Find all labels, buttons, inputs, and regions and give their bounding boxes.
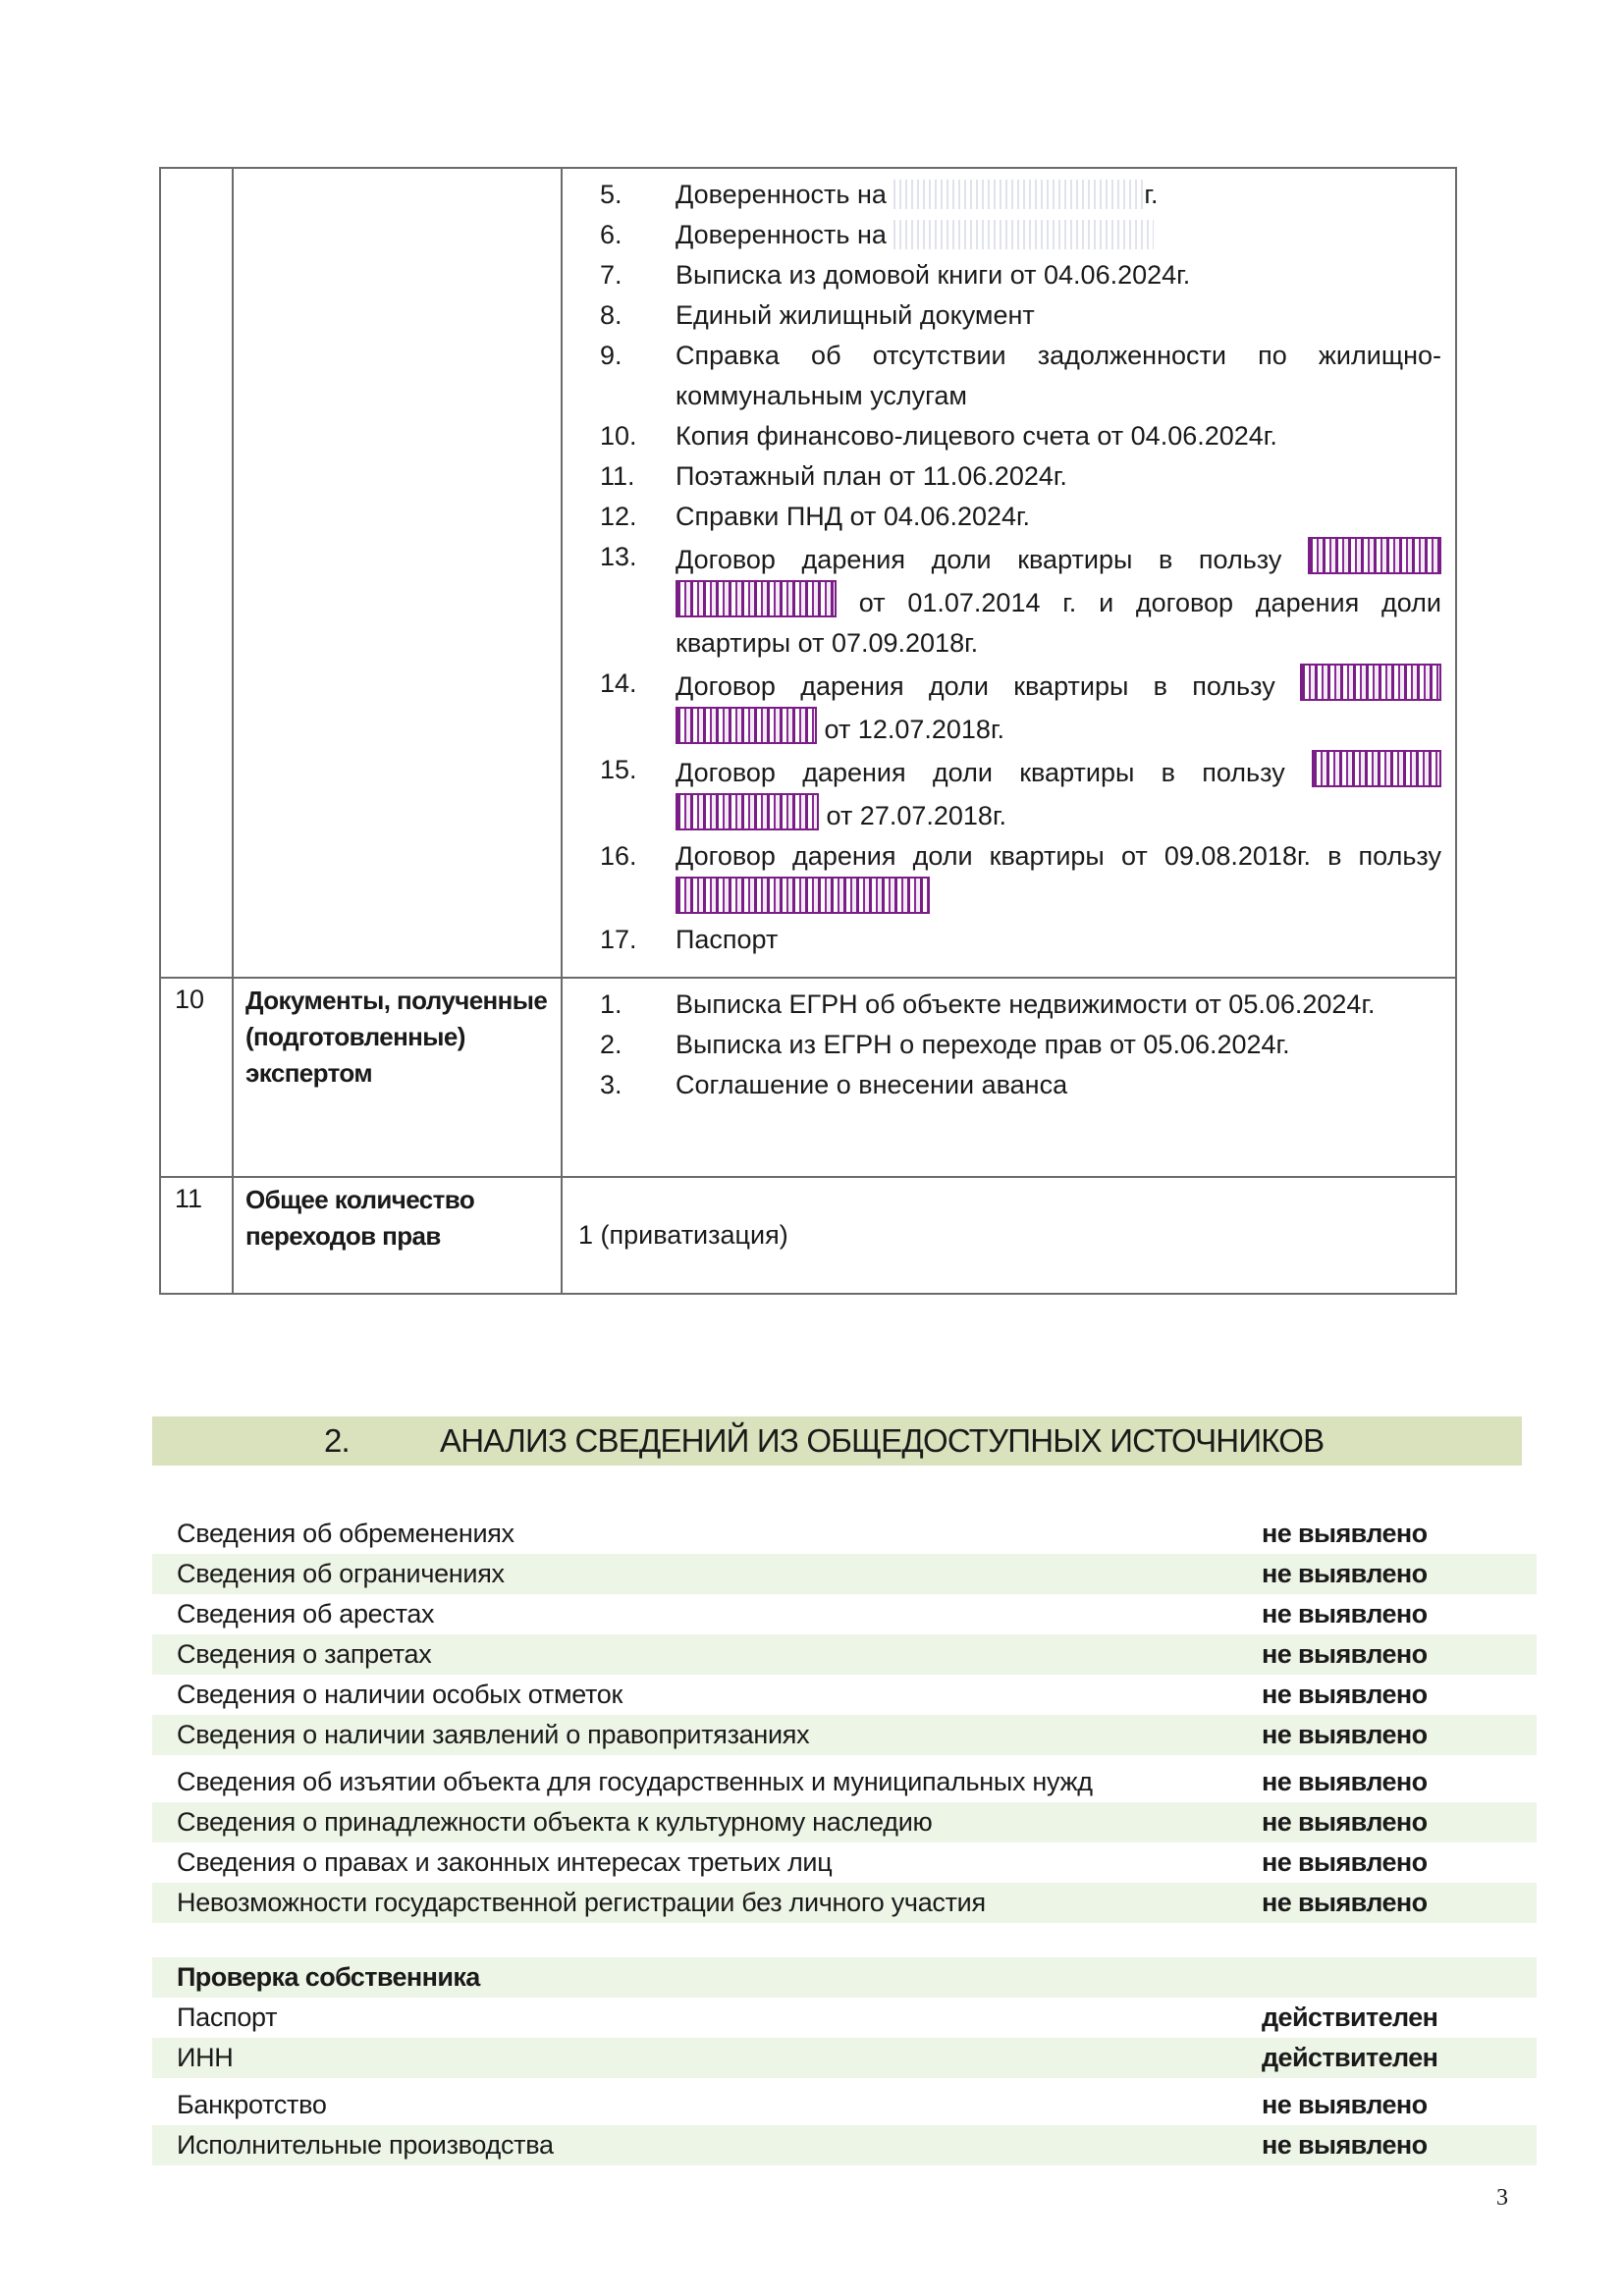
redaction-mark xyxy=(676,580,837,617)
check-status: не выявлено xyxy=(1262,1514,1428,1554)
redaction-mark xyxy=(893,180,1144,209)
check-status: не выявлено xyxy=(1262,1634,1428,1675)
documents-table: 5.Доверенность на г. 6.Доверенность на 7… xyxy=(159,167,1457,1295)
owner-check-list: Проверка собственника Паспортдействителе… xyxy=(152,1957,1537,2165)
redaction-mark xyxy=(1300,664,1441,701)
item-text: Соглашение о внесении аванса xyxy=(676,1070,1067,1099)
item-text: Договор дарения доли квартиры в пользу xyxy=(676,545,1281,574)
check-status: не выявлено xyxy=(1262,1883,1428,1923)
page-number: 3 xyxy=(1496,2185,1508,2212)
item-text: Выписка из домовой книги от 04.06.2024г. xyxy=(676,260,1190,290)
section-header: 2. АНАЛИЗ СВЕДЕНИЙ ИЗ ОБЩЕДОСТУПНЫХ ИСТО… xyxy=(152,1416,1522,1466)
check-row: Невозможности государственной регистраци… xyxy=(152,1883,1537,1923)
check-row: Сведения о наличии особых отметокне выяв… xyxy=(152,1675,1537,1715)
item-text: Договор дарения доли квартиры от 09.08.2… xyxy=(676,841,1441,871)
check-status: не выявлено xyxy=(1262,1842,1428,1883)
item-text-suffix: г. xyxy=(1144,180,1158,209)
item-text: Договор дарения доли квартиры в пользу xyxy=(676,671,1275,701)
rights-transfers-value: 1 (приватизация) xyxy=(563,1178,1455,1251)
item-number: 8. xyxy=(600,295,622,336)
check-status: не выявлено xyxy=(1262,1715,1428,1755)
item-number: 10. xyxy=(600,416,637,456)
check-status: действителен xyxy=(1262,1998,1437,2038)
item-text: Доверенность на xyxy=(676,180,893,209)
item-number: 16. xyxy=(600,836,637,877)
item-number: 12. xyxy=(600,497,637,537)
check-status: не выявлено xyxy=(1262,1594,1428,1634)
check-label: Сведения об арестах xyxy=(177,1594,434,1634)
row-label-cell xyxy=(233,168,562,978)
check-label: Сведения о принадлежности объекта к куль… xyxy=(177,1802,932,1842)
row-content-cell: 1 (приватизация) xyxy=(562,1177,1456,1294)
list-item: 12.Справки ПНД от 04.06.2024г. xyxy=(563,497,1441,537)
item-text: Доверенность на xyxy=(676,220,893,249)
check-row: Сведения о правах и законных интересах т… xyxy=(152,1842,1537,1883)
redaction-mark xyxy=(676,707,817,744)
check-status: не выявлено xyxy=(1262,1802,1428,1842)
provided-documents-list: 5.Доверенность на г. 6.Доверенность на 7… xyxy=(563,169,1455,960)
check-label: Банкротство xyxy=(177,2085,327,2125)
redaction-mark xyxy=(1308,537,1441,574)
item-number: 7. xyxy=(600,255,622,295)
check-row: ИННдействителен xyxy=(152,2038,1537,2078)
check-row: Сведения о запретахне выявлено xyxy=(152,1634,1537,1675)
item-number: 5. xyxy=(600,175,622,215)
item-number: 14. xyxy=(600,664,637,704)
list-item: 3.Соглашение о внесении аванса xyxy=(563,1065,1441,1105)
list-item: 14.Договор дарения доли квартиры в польз… xyxy=(563,664,1441,750)
list-item: 15.Договор дарения доли квартиры в польз… xyxy=(563,750,1441,836)
item-text: Поэтажный план от 11.06.2024г. xyxy=(676,461,1067,491)
redaction-mark xyxy=(676,877,930,914)
list-item: 17.Паспорт xyxy=(563,920,1441,960)
section-number: 2. xyxy=(324,1416,350,1466)
item-text: Выписка из ЕГРН о переходе прав от 05.06… xyxy=(676,1030,1290,1059)
check-row: Исполнительные производстване выявлено xyxy=(152,2125,1537,2165)
table-row-expert-documents: 10 Документы, полученные (подготовленные… xyxy=(160,978,1456,1177)
item-text: Выписка ЕГРН об объекте недвижимости от … xyxy=(676,989,1376,1019)
item-number: 9. xyxy=(600,336,622,376)
row-content-cell: 5.Доверенность на г. 6.Доверенность на 7… xyxy=(562,168,1456,978)
item-text-suffix: от 12.07.2018г. xyxy=(825,715,1004,744)
item-number: 17. xyxy=(600,920,637,960)
check-label: Сведения об ограничениях xyxy=(177,1554,505,1594)
list-item: 9.Справка об отсутствии задолженности по… xyxy=(563,336,1441,416)
check-label: Сведения о наличии особых отметок xyxy=(177,1675,622,1715)
check-row: Сведения об арестахне выявлено xyxy=(152,1594,1537,1634)
item-text: Единый жилищный документ xyxy=(676,300,1035,330)
check-label: Паспорт xyxy=(177,1998,277,2038)
check-status: действителен xyxy=(1262,2038,1437,2078)
check-row: Сведения об изъятии объекта для государс… xyxy=(152,1762,1537,1802)
item-text: Копия финансово-лицевого счета от 04.06.… xyxy=(676,421,1277,451)
item-text: Справка об отсутствии задолженности по ж… xyxy=(676,341,1441,410)
table-row-rights-transfers: 11 Общее количество переходов прав 1 (пр… xyxy=(160,1177,1456,1294)
check-row: Сведения об ограниченияхне выявлено xyxy=(152,1554,1537,1594)
check-row: Сведения о принадлежности объекта к куль… xyxy=(152,1802,1537,1842)
table-row-documents-continued: 5.Доверенность на г. 6.Доверенность на 7… xyxy=(160,168,1456,978)
redaction-mark xyxy=(676,793,819,830)
row-content-cell: 1.Выписка ЕГРН об объекте недвижимости о… xyxy=(562,978,1456,1177)
item-text-suffix: от 27.07.2018г. xyxy=(827,801,1006,830)
owner-check-title: Проверка собственника xyxy=(177,1957,480,1998)
item-number: 3. xyxy=(600,1065,622,1105)
check-status: не выявлено xyxy=(1262,1675,1428,1715)
section-title: АНАЛИЗ СВЕДЕНИЙ ИЗ ОБЩЕДОСТУПНЫХ ИСТОЧНИ… xyxy=(440,1416,1324,1466)
list-item: 13.Договор дарения доли квартиры в польз… xyxy=(563,537,1441,664)
list-item: 11.Поэтажный план от 11.06.2024г. xyxy=(563,456,1441,497)
check-label: Сведения об обременениях xyxy=(177,1514,514,1554)
item-text: Паспорт xyxy=(676,925,778,954)
item-number: 13. xyxy=(600,537,637,577)
check-status: не выявлено xyxy=(1262,2125,1428,2165)
check-row: Банкротствоне выявлено xyxy=(152,2085,1537,2125)
check-label: Сведения о правах и законных интересах т… xyxy=(177,1842,832,1883)
check-label: Сведения об изъятии объекта для государс… xyxy=(177,1762,1093,1802)
expert-documents-list: 1.Выписка ЕГРН об объекте недвижимости о… xyxy=(563,979,1455,1105)
check-status: не выявлено xyxy=(1262,1762,1428,1802)
row-label: Документы, полученные (подготовленные) э… xyxy=(233,978,562,1177)
check-row: Паспортдействителен xyxy=(152,1998,1537,2038)
row-number-cell xyxy=(160,168,233,978)
row-number: 10 xyxy=(160,978,233,1177)
check-status: не выявлено xyxy=(1262,2085,1428,2125)
redaction-mark xyxy=(893,220,1154,249)
redaction-mark xyxy=(1312,750,1441,787)
row-label: Общее количество переходов прав xyxy=(233,1177,562,1294)
check-label: Исполнительные производства xyxy=(177,2125,554,2165)
item-number: 15. xyxy=(600,750,637,790)
public-sources-check-list: Сведения об обремененияхне выявлено Свед… xyxy=(152,1514,1537,1923)
check-row: Сведения об обремененияхне выявлено xyxy=(152,1514,1537,1554)
check-label: ИНН xyxy=(177,2038,234,2078)
item-number: 2. xyxy=(600,1025,622,1065)
check-status: не выявлено xyxy=(1262,1554,1428,1594)
item-text: Договор дарения доли квартиры в пользу xyxy=(676,758,1285,787)
item-number: 1. xyxy=(600,985,622,1025)
check-row: Сведения о наличии заявлений о правоприт… xyxy=(152,1715,1537,1755)
check-label: Невозможности государственной регистраци… xyxy=(177,1883,986,1923)
list-item: 2.Выписка из ЕГРН о переходе прав от 05.… xyxy=(563,1025,1441,1065)
list-item: 16.Договор дарения доли квартиры от 09.0… xyxy=(563,836,1441,920)
list-item: 8.Единый жилищный документ xyxy=(563,295,1441,336)
item-number: 11. xyxy=(600,456,635,497)
list-item: 10.Копия финансово-лицевого счета от 04.… xyxy=(563,416,1441,456)
list-item: 7.Выписка из домовой книги от 04.06.2024… xyxy=(563,255,1441,295)
list-item: 1.Выписка ЕГРН об объекте недвижимости о… xyxy=(563,985,1441,1025)
list-item: 5.Доверенность на г. xyxy=(563,175,1441,215)
owner-check-heading: Проверка собственника xyxy=(152,1957,1537,1998)
check-label: Сведения о наличии заявлений о правоприт… xyxy=(177,1715,809,1755)
item-number: 6. xyxy=(600,215,622,255)
check-label: Сведения о запретах xyxy=(177,1634,431,1675)
item-text: Справки ПНД от 04.06.2024г. xyxy=(676,502,1030,531)
list-item: 6.Доверенность на xyxy=(563,215,1441,255)
row-number: 11 xyxy=(160,1177,233,1294)
